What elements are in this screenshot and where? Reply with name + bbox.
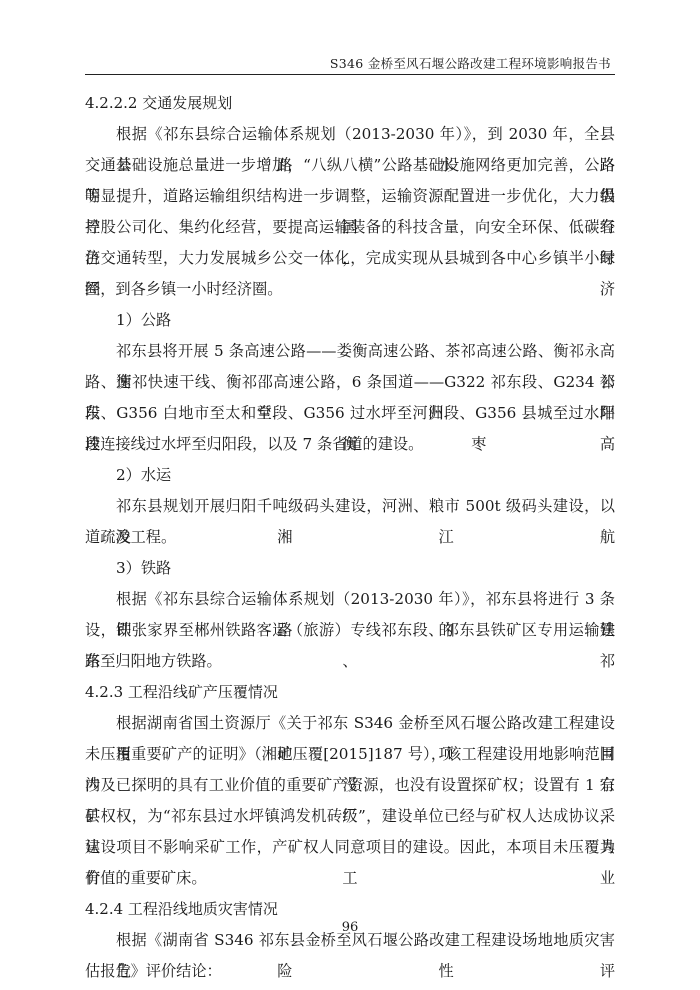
running-header: S346 金桥至风石堰公路改建工程环境影响报告书	[85, 52, 615, 75]
paragraph-first-line: 根据《祁东县综合运输体系规划（2013-2030 年）》，祁东县将进行 3 条铁…	[85, 584, 615, 615]
paragraph-line: 路、衡祁快速干线、衡祁邵高速公路，6 条国道——G322 祁东段、G234 祁东…	[85, 367, 615, 398]
paragraph-line: 段、G356 白地市至太和堂段、G356 过水坪至河洲段、G356 县城至过水坪…	[85, 398, 615, 429]
document-title: S346 金桥至风石堰公路改建工程环境影响报告书	[330, 54, 611, 72]
paragraph-line: 建设项目不影响采矿工作，产矿权人同意项目的建设。因此，本项目未压覆具有工业	[85, 832, 615, 863]
paragraph-first-line: 根据《祁东县综合运输体系规划（2013-2030 年）》，到 2030 年，全县…	[85, 119, 615, 150]
paragraph-line: 涉及已探明的具有工业价值的重要矿产资源，也没有设置探矿权；设置有 1 宗县级采	[85, 770, 615, 801]
paragraph-line: 明显提升，道路运输组织结构进一步调整，运输资源配置进一步优化，大力倡导国有	[85, 181, 615, 212]
paragraph-first-line: 祁东县规划开展归阳千吨级码头建设，河洲、粮市 500t 级码头建设，以及湘江航	[85, 491, 615, 522]
paragraph-line: 未压覆重要矿产的证明》（湘矿压覆[2015]187 号），该工程建设用地影响范围…	[85, 739, 615, 770]
section-heading: 4.2.2.2 交通发展规划	[85, 88, 615, 119]
section-heading: 4.2.3 工程沿线矿产压覆情况	[85, 677, 615, 708]
subsection-heading: 3）铁路	[85, 553, 615, 584]
paragraph-line: 色交通转型，大力发展城乡公交一体化，完成实现从县城到各中心乡镇半小时经济	[85, 243, 615, 274]
paragraph-line: 设，即张家界至郴州铁路客运（旅游）专线祁东段、祁东县铁矿区专用运输铁路、祁	[85, 615, 615, 646]
paragraph-line: 交通基础设施总量进一步增加，“八纵八横”公路基础设施网络更加完善，公路等级	[85, 150, 615, 181]
subsection-heading: 1）公路	[85, 305, 615, 336]
paragraph-line: 控股公司化、集约化经营，要提高运输装备的科技含量，向安全环保、低碳经济，绿	[85, 212, 615, 243]
subsection-heading: 2）水运	[85, 460, 615, 491]
page-number: 96	[0, 920, 700, 935]
paragraph-first-line: 祁东县将开展 5 条高速公路——娄衡高速公路、茶祁高速公路、衡祁永高速公	[85, 336, 615, 367]
paragraph-first-line: 根据湖南省国土资源厅《关于祁东 S346 金桥至风石堰公路改建工程建设用地项目	[85, 708, 615, 739]
page-body: 4.2.2.2 交通发展规划根据《祁东县综合运输体系规划（2013-2030 年…	[85, 88, 615, 987]
paragraph-line: 矿权权，为“祁东县过水坪镇鸿发机砖厂”，建设单位已经与矿权人达成协议，认为	[85, 801, 615, 832]
